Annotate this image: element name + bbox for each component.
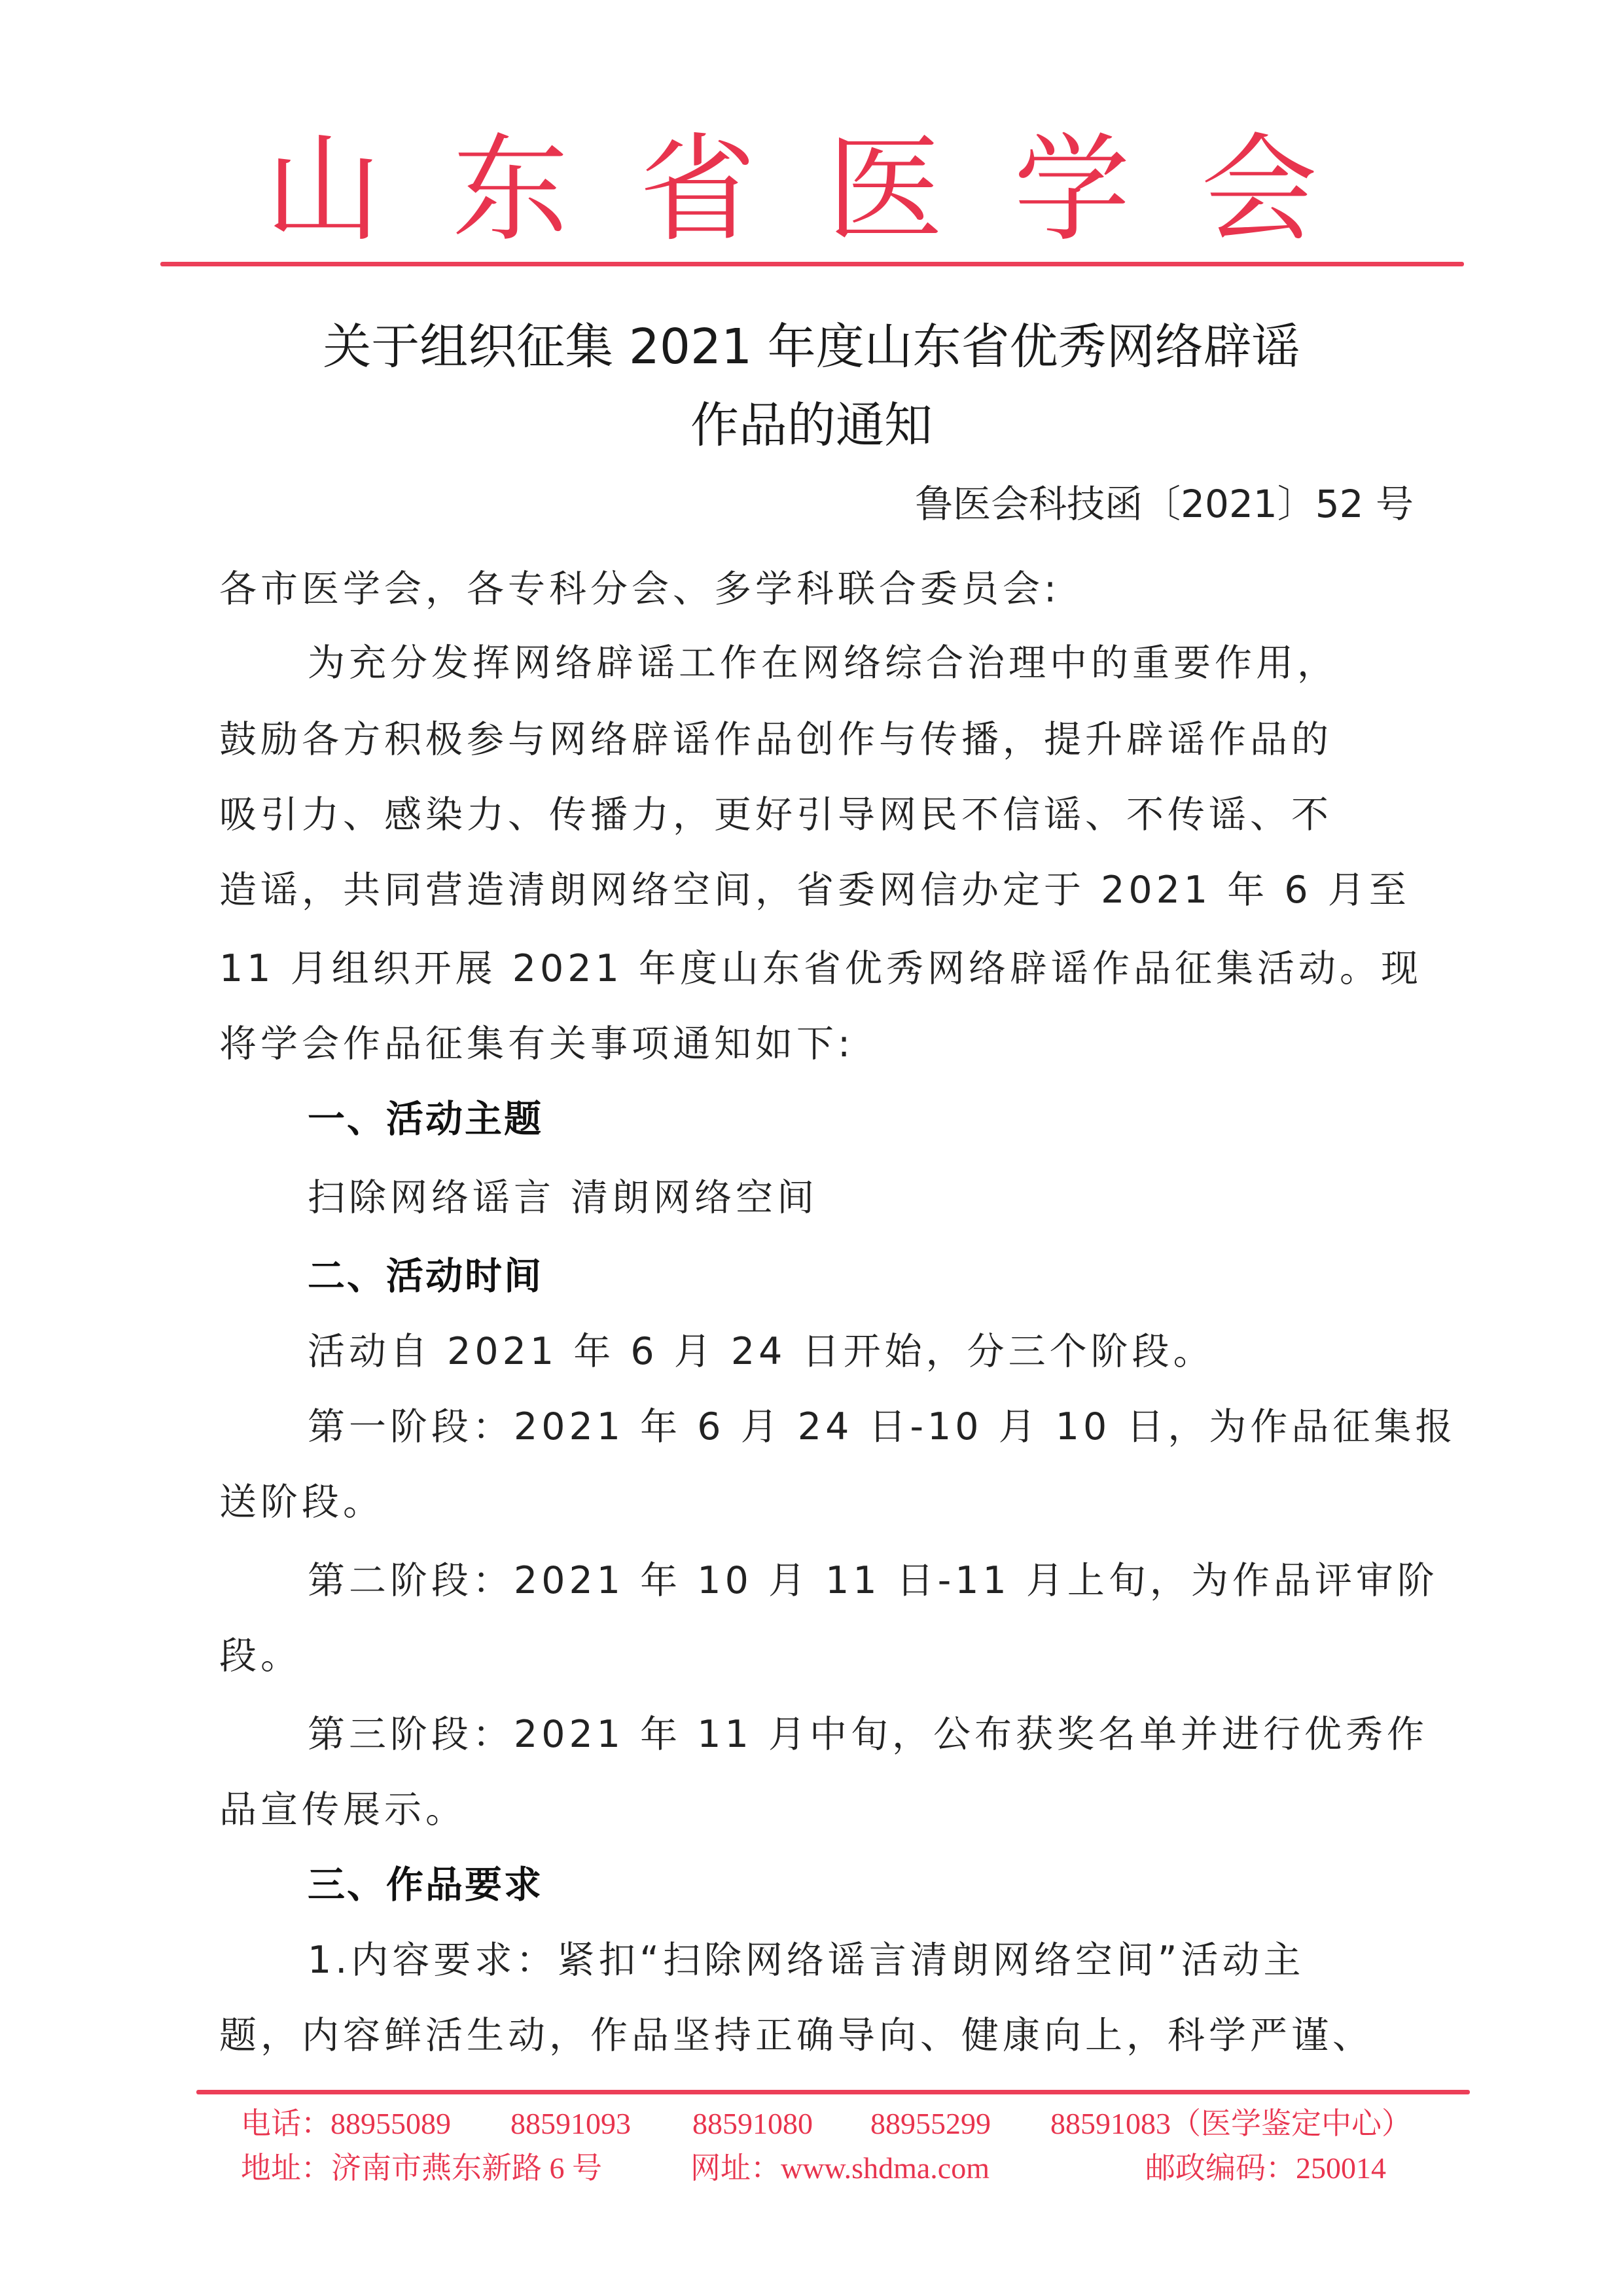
body-line: 吸引力、感染力、传播力，更好引导网民不信谣、不传谣、不	[219, 789, 1332, 841]
letterhead-org-name: 山东省医学会	[265, 124, 1388, 255]
document-number: 鲁医会科技函〔2021〕52 号	[915, 478, 1414, 530]
section-line: 活动自 2021 年 6 月 24 日开始，分三个阶段。	[308, 1325, 1215, 1378]
footer-website: 网址：www.shdma.com	[690, 2149, 990, 2188]
body-line: 鼓励各方积极参与网络辟谣作品创作与传播，提升辟谣作品的	[219, 713, 1332, 766]
footer-phone: 88955089	[330, 2104, 451, 2144]
section-heading-requirements: 三、作品要求	[308, 1859, 543, 1911]
section-line: 品宣传展示。	[219, 1784, 467, 1836]
section-line: 扫除网络谣言 清朗网络空间	[308, 1172, 818, 1224]
body-line: 11 月组织开展 2021 年度山东省优秀网络辟谣作品征集活动。现	[219, 942, 1422, 995]
document-title-line-1: 关于组织征集 2021 年度山东省优秀网络辟谣	[0, 314, 1623, 380]
section-line: 1.内容要求：紧扣“扫除网络谣言清朗网络空间”活动主	[308, 1934, 1304, 1986]
section-heading-time: 二、活动时间	[308, 1250, 543, 1302]
footer-rule	[196, 2090, 1470, 2094]
salutation: 各市医学会，各专科分会、多学科联合委员会:	[219, 563, 1060, 615]
document-title-line-2: 作品的通知	[0, 393, 1623, 458]
footer-phone-medical-appraisal: 88591083（医学鉴定中心）	[1050, 2104, 1412, 2144]
footer-phone: 88591093	[510, 2104, 631, 2144]
footer-address: 地址：济南市燕东新路 6 号	[241, 2149, 602, 2188]
body-line: 将学会作品征集有关事项通知如下:	[219, 1018, 854, 1070]
footer-phone-label: 电话：	[241, 2104, 331, 2144]
section-heading-theme: 一、活动主题	[308, 1093, 543, 1145]
section-line: 第一阶段：2021 年 6 月 24 日-10 月 10 日，为作品征集报	[308, 1401, 1456, 1453]
body-line: 造谣，共同营造清朗网络空间，省委网信办定于 2021 年 6 月至	[219, 864, 1410, 916]
section-line: 送阶段。	[219, 1476, 384, 1528]
section-line: 第三阶段：2021 年 11 月中旬，公布获奖名单并进行优秀作	[308, 1708, 1428, 1761]
section-line: 段。	[219, 1630, 302, 1682]
footer-phone: 88591080	[692, 2104, 813, 2144]
letterhead-top-rule	[160, 262, 1464, 266]
body-line: 为充分发挥网络辟谣工作在网络综合治理中的重要作用，	[308, 637, 1338, 689]
section-line: 第二阶段：2021 年 10 月 11 日-11 月上旬，为作品评审阶	[308, 1554, 1438, 1607]
section-line: 题，内容鲜活生动，作品坚持正确导向、健康向上，科学严谨、	[219, 2009, 1374, 2062]
footer-phone: 88955299	[870, 2104, 991, 2144]
footer-postcode: 邮政编码：250014	[1145, 2149, 1386, 2188]
